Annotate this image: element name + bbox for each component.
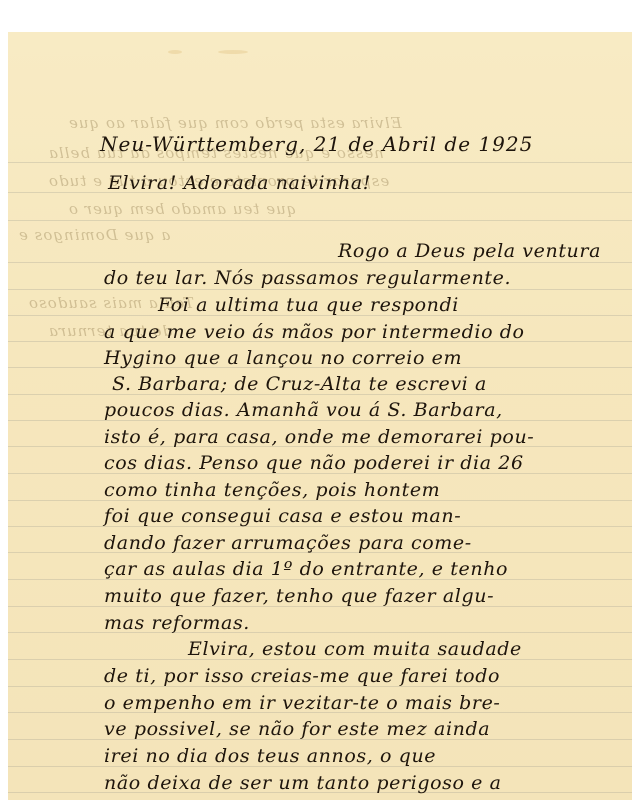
letter-line: poucos dias. Amanhã vou á S. Barbara, [104,399,503,421]
letter-line: Foi a ultima tua que respondi [158,294,459,316]
ruled-line [8,289,632,290]
ruled-line [8,220,632,221]
letter-line: o empenho em ir vezitar-te o mais bre- [104,692,500,714]
ruled-line [8,262,632,263]
letter-line: Rogo a Deus pela ventura [338,240,601,262]
letter-line: de ti, por isso creias-me que farei todo [104,665,500,687]
letter-line: Elvira, estou com muita saudade [188,638,522,660]
letter-line: do teu lar. Nós passamos regularmente. [104,267,511,289]
letter-line: çar as aulas dia 1º do entrante, e tenho [104,558,508,580]
letter-line: irei no dia dos teus annos, o que [104,745,436,767]
letter-line: a que me veio ás mãos por intermedio do [104,321,525,343]
letter-place-date: Neu-Württemberg, 21 de Abril de 1925 [100,132,533,156]
letter-line: isto é, para casa, onde me demorarei pou… [104,426,534,448]
letter-line: cos dias. Penso que não poderei ir dia 2… [104,452,524,474]
ruled-line [8,632,632,633]
paper-stain [168,50,182,54]
letter-line: foi que consegui casa e estou man- [104,505,461,527]
letter-paper: Elvira esta perdo com que falar ao que n… [8,32,632,800]
bleed-through-text: Elvira esta perdo com que falar ao que [68,114,402,132]
bleed-through-text: que teu amado bem quer o [68,200,296,218]
ruled-line [8,162,632,163]
letter-line: como tinha tenções, pois hontem [104,479,440,501]
paper-stain [218,50,248,54]
letter-line: dando fazer arrumações para come- [104,532,472,554]
letter-line: muito que fazer, tenho que fazer algu- [104,585,494,607]
letter-line: ve possivel, se não for este mez ainda [104,718,490,740]
letter-line: não deixa de ser um tanto perigoso e a [104,772,502,794]
bleed-through-text: a que Domingos e [18,226,170,244]
letter-line: S. Barbara; de Cruz-Alta te escrevi a [112,373,487,395]
letter-salutation: Elvira! Adorada naivinha! [108,172,371,194]
letter-line: Hygino que a lançou no correio em [104,347,462,369]
letter-line: mas reformas. [104,612,250,634]
